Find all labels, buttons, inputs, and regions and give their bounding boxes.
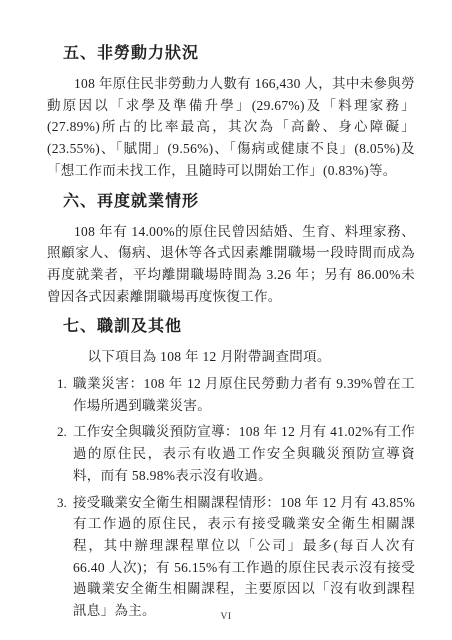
list-item: 2. 工作安全與職災預防宣導：108 年 12 月有 41.02%有工作過的原住… [57,421,415,486]
section-heading: 七、職訓及其他 [47,317,415,337]
document-page: 五、非勞動力狀況 108 年原住民非勞動力人數有 166,430 人，其中未參與… [0,0,452,640]
list-item-text: 職業災害：108 年 12 月原住民勞動力者有 9.39%曾在工作場所遇到職業災… [73,373,415,416]
numbered-list: 1. 職業災害：108 年 12 月原住民勞動力者有 9.39%曾在工作場所遇到… [47,373,415,622]
page-content: 五、非勞動力狀況 108 年原住民非勞動力人數有 166,430 人，其中未參與… [47,44,415,622]
list-item-number: 3. [57,492,73,622]
list-item: 3. 接受職業安全衛生相關課程情形：108 年 12 月有 43.85%有工作過… [57,492,415,622]
list-item-number: 2. [57,421,73,486]
list-item: 1. 職業災害：108 年 12 月原住民勞動力者有 9.39%曾在工作場所遇到… [57,373,415,416]
section-non-labor-force: 五、非勞動力狀況 108 年原住民非勞動力人數有 166,430 人，其中未參與… [47,44,415,182]
paragraph: 以下項目為 108 年 12 月附帶調查問項。 [47,346,415,368]
page-number: VI [0,612,452,622]
section-heading: 六、再度就業情形 [47,192,415,212]
list-item-text: 工作安全與職災預防宣導：108 年 12 月有 41.02%有工作過的原住民，表… [73,421,415,486]
paragraph: 108 年有 14.00%的原住民曾因結婚、生育、料理家務、照顧家人、傷病、退休… [47,221,415,308]
paragraph: 108 年原住民非勞動力人數有 166,430 人，其中未參與勞動原因以「求學及… [47,73,415,182]
section-vocational-training: 七、職訓及其他 以下項目為 108 年 12 月附帶調查問項。 1. 職業災害：… [47,317,415,621]
list-item-number: 1. [57,373,73,416]
section-re-employment: 六、再度就業情形 108 年有 14.00%的原住民曾因結婚、生育、料理家務、照… [47,192,415,308]
list-item-text: 接受職業安全衛生相關課程情形：108 年 12 月有 43.85%有工作過的原住… [73,492,415,622]
section-heading: 五、非勞動力狀況 [47,44,415,64]
